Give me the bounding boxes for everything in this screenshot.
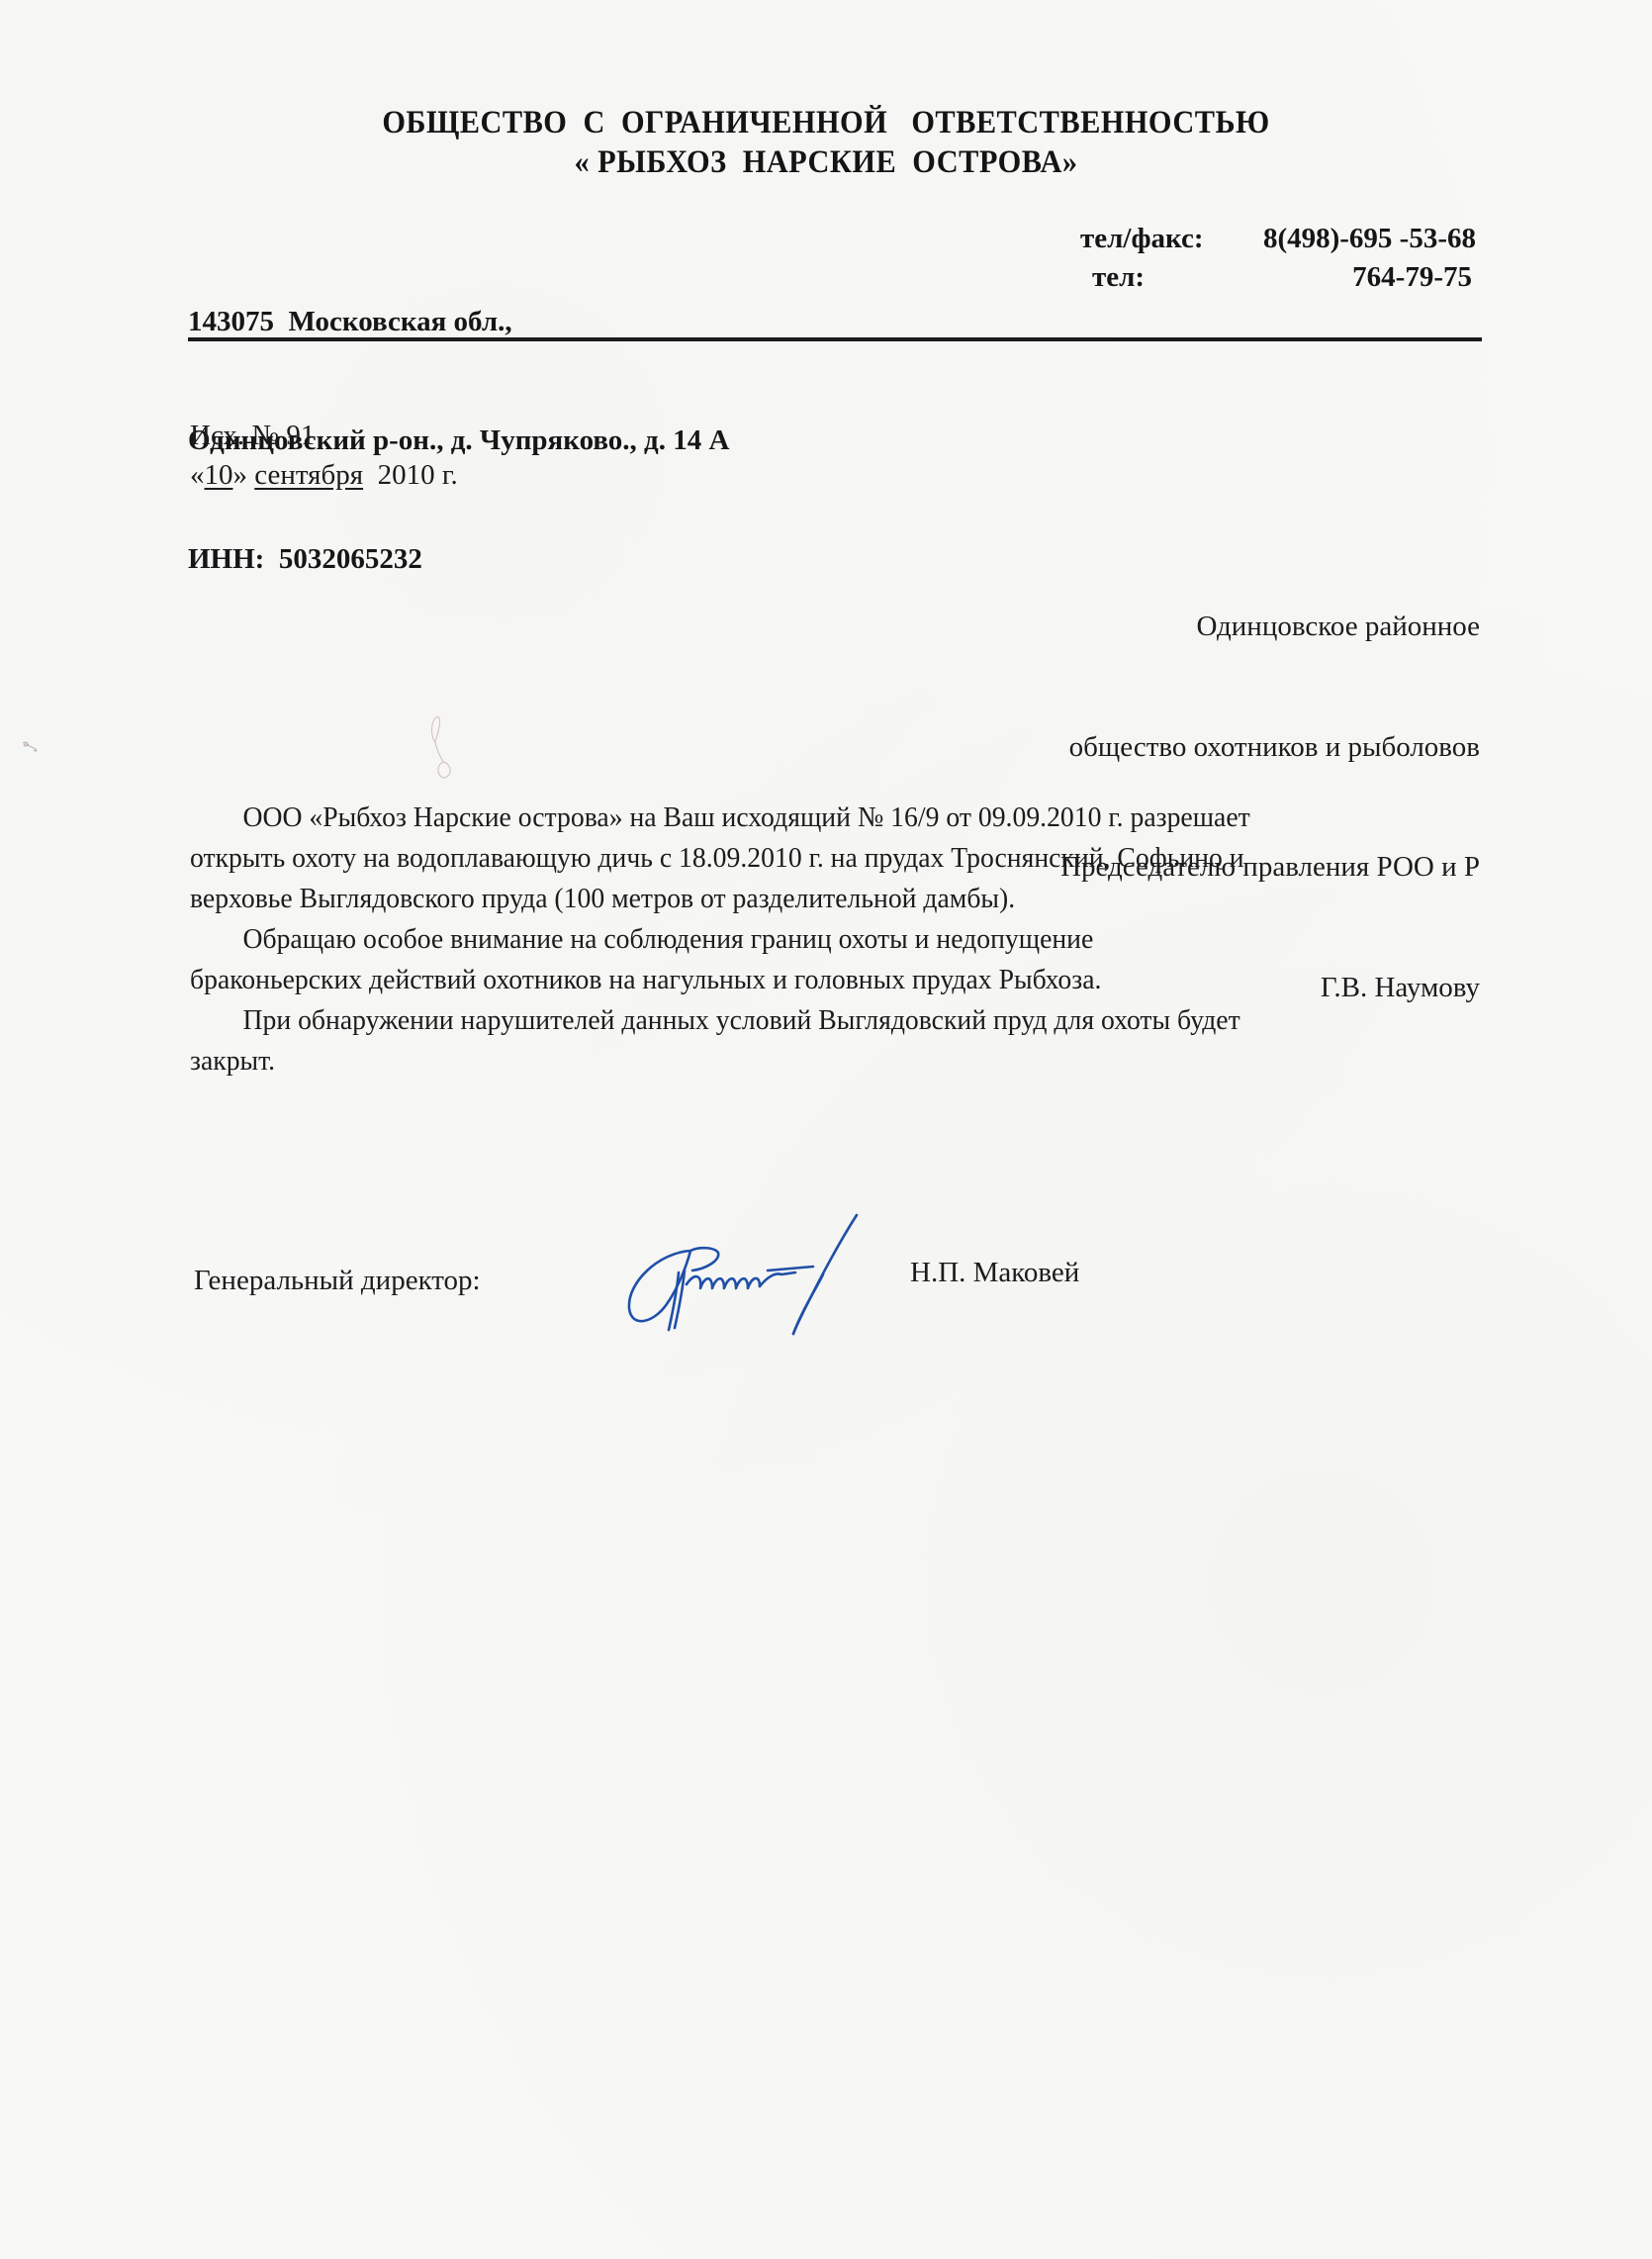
body-paragraph-3-line: При обнаружении нарушителей данных услов… [190,1000,1427,1041]
body-paragraph-2-line: браконьерских действий охотников на нагу… [190,960,1427,1000]
signature-block: Генеральный директор: Н.П. Маковей [194,1261,1183,1340]
letterhead-divider [188,337,1482,341]
phone-fax-value: 8(498)-695 -53-68 [1263,220,1476,258]
scan-artifact [427,712,457,782]
body-paragraph-2-line: Обращаю особое внимание на соблюдения гр… [190,919,1427,960]
organization-title-line-2: « РЫБХОЗ НАРСКИЕ ОСТРОВА» [66,142,1586,182]
body-paragraph-1-line: ООО «Рыбхоз Нарские острова» на Ваш исхо… [190,798,1427,838]
body-paragraph-1-line: открыть охоту на водоплавающую дичь с 18… [190,838,1427,879]
tax-id: ИНН: 5032065232 [188,539,729,579]
outgoing-date: «10» сентября 2010 г. [190,455,458,495]
outgoing-number: Исх. № 91 [190,416,458,455]
recipient-line: общество охотников и рыболовов [1060,727,1480,768]
handwritten-signature [619,1213,876,1342]
date-day: 10 [205,459,233,491]
phone-fax-row: тел/факс: 8(498)-695 -53-68 [1080,220,1476,258]
address-line: 143075 Московская обл., [188,302,729,341]
phone-label: тел: [1092,258,1145,297]
letter-body: ООО «Рыбхоз Нарские острова» на Ваш исхо… [190,798,1427,1082]
body-paragraph-1-line: верховье Выглядовского пруда (100 метров… [190,879,1427,919]
date-quote-open: « [190,459,205,491]
organization-title: ОБЩЕСТВО С ОГРАНИЧЕННОЙ ОТВЕТСТВЕННОСТЬЮ… [66,103,1586,182]
date-year: 2010 г. [363,459,458,491]
signatory-title: Генеральный директор: [194,1261,481,1300]
scan-artifact [20,740,44,756]
recipient-line: Одинцовское районное [1060,607,1480,647]
phone-value: 764-79-75 [1352,258,1472,297]
outgoing-reference: Исх. № 91 «10» сентября 2010 г. [190,416,458,495]
organization-title-line-1: ОБЩЕСТВО С ОГРАНИЧЕННОЙ ОТВЕТСТВЕННОСТЬЮ [66,103,1586,142]
body-paragraph-3-line: закрыт. [190,1041,1427,1082]
company-contacts: тел/факс: 8(498)-695 -53-68 тел: 764-79-… [1080,220,1476,297]
signatory-name: Н.П. Маковей [910,1253,1079,1292]
letter-page: ОБЩЕСТВО С ОГРАНИЧЕННОЙ ОТВЕТСТВЕННОСТЬЮ… [0,0,1652,2259]
date-month: сентября [254,459,363,491]
phone-row: тел: 764-79-75 [1080,258,1476,297]
phone-fax-label: тел/факс: [1080,220,1204,258]
date-quote-close: » [233,459,248,491]
